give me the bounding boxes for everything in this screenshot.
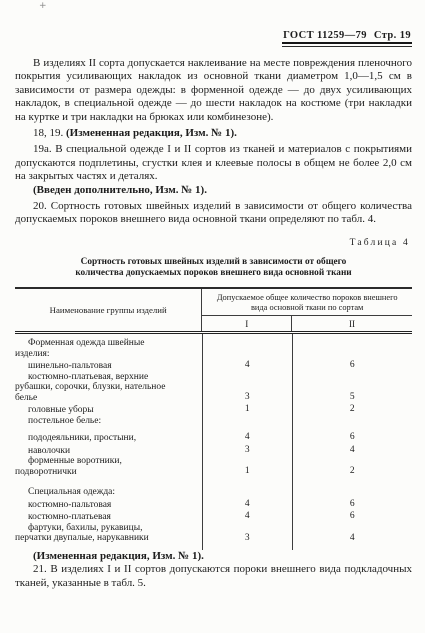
paragraph-20: 20. Сортность готовых швейных изделий в … [15, 200, 412, 227]
row-name-cell: костюмно-пальтовая [15, 498, 202, 511]
sort2-cell [292, 334, 412, 359]
sort1-cell: 3 [202, 444, 292, 457]
sort2-cell [292, 477, 412, 498]
sort2-cell: 4 [292, 523, 412, 550]
sort1-cell: 1 [202, 403, 292, 416]
paragraph-18: В изделиях II сорта допускается наклеива… [15, 57, 412, 124]
sort1-cell: 4 [202, 510, 292, 523]
sort1-cell [202, 334, 292, 359]
table-row: форменные воротники, подворотнички 1 2 [15, 456, 412, 477]
sort1-cell [202, 416, 292, 427]
row-name-cell: костюмно-платьевая, верхние рубашки, сор… [15, 372, 202, 404]
row-name-cell: форменные воротники, подворотнички [15, 456, 202, 477]
sort2-cell: 5 [292, 372, 412, 404]
row-name-cell: пододеяльники, простыни, [15, 426, 202, 444]
table-row: фартуки, бахилы, рукавицы, перчатки двуп… [15, 523, 412, 550]
table-row: пододеяльники, простыни, 4 6 [15, 426, 412, 444]
sort2-cell: 6 [292, 426, 412, 444]
table-row: наволочки 3 4 [15, 444, 412, 457]
sort2-cell: 2 [292, 403, 412, 416]
col-header-sort2: II [292, 316, 412, 331]
sort2-cell: 6 [292, 359, 412, 372]
table-label: Таблица 4 [15, 238, 410, 248]
sort2-cell [292, 416, 412, 427]
table-header: Наименование группы изделий Допускаемое … [15, 289, 412, 335]
paragraph-18-19-note: 18, 19. (Измененная редакция, Изм. № 1). [15, 127, 412, 140]
defects-table: Наименование группы изделий Допускаемое … [15, 287, 412, 550]
paragraph-19a: 19а. В специальной одежде I и II сортов … [15, 143, 412, 183]
col-header-subrow: I II [202, 316, 412, 331]
sort2-cell: 2 [292, 456, 412, 477]
table-row: шинельно-пальтовая 4 6 [15, 359, 412, 372]
document-page: + ГОСТ 11259—79Стр. 19 В изделиях II сор… [0, 0, 425, 633]
table-row: головные уборы 1 2 [15, 403, 412, 416]
sort1-cell [202, 477, 292, 498]
row-name-cell: шинельно-пальтовая [15, 359, 202, 372]
sort1-cell: 4 [202, 426, 292, 444]
paragraph-after-table-note: (Измененная редакция, Изм. № 1). [15, 550, 412, 563]
document-content: В изделиях II сорта допускается наклеива… [0, 0, 425, 590]
row-name-cell: наволочки [15, 444, 202, 457]
table-body: Форменная одежда швейные изделия: шинель… [15, 334, 412, 550]
row-name-cell: постельное белье: [15, 416, 202, 427]
clause-numbers: 18, 19. [33, 127, 66, 139]
row-name-cell: фартуки, бахилы, рукавицы, перчатки двуп… [15, 523, 202, 550]
sort1-cell: 3 [202, 523, 292, 550]
amendment-note: (Измененная редакция, Изм. № 1). [66, 127, 237, 139]
table-row: костюмно-платьевая, верхние рубашки, сор… [15, 372, 412, 404]
sort1-cell: 4 [202, 359, 292, 372]
sort2-cell: 6 [292, 510, 412, 523]
table-row: костюмно-пальтовая 4 6 [15, 498, 412, 511]
table-title: Сортность готовых швейных изделий в зави… [63, 257, 365, 280]
col-header-name: Наименование группы изделий [15, 289, 202, 332]
row-name-cell: костюмно-платьевая [15, 510, 202, 523]
col-header-group-wrap: Допускаемое общее количество пороков вне… [202, 289, 412, 332]
table-row: Специальная одежда: [15, 477, 412, 498]
sort1-cell: 3 [202, 372, 292, 404]
col-header-group: Допускаемое общее количество пороков вне… [202, 289, 412, 317]
paragraph-19a-note: (Введен дополнительно, Изм. № 1). [15, 184, 412, 197]
table-row: костюмно-платьевая 4 6 [15, 510, 412, 523]
sort2-cell: 6 [292, 498, 412, 511]
table-row: Форменная одежда швейные изделия: [15, 334, 412, 359]
sort1-cell: 1 [202, 456, 292, 477]
sort1-cell: 4 [202, 498, 292, 511]
row-name-cell: Специальная одежда: [15, 477, 202, 498]
sort2-cell: 4 [292, 444, 412, 457]
row-name-cell: Форменная одежда швейные изделия: [15, 334, 202, 359]
paragraph-21: 21. В изделиях I и II сортов допускаются… [15, 563, 412, 590]
row-name-cell: головные уборы [15, 403, 202, 416]
table-row: постельное белье: [15, 416, 412, 427]
col-header-sort1: I [202, 316, 292, 331]
